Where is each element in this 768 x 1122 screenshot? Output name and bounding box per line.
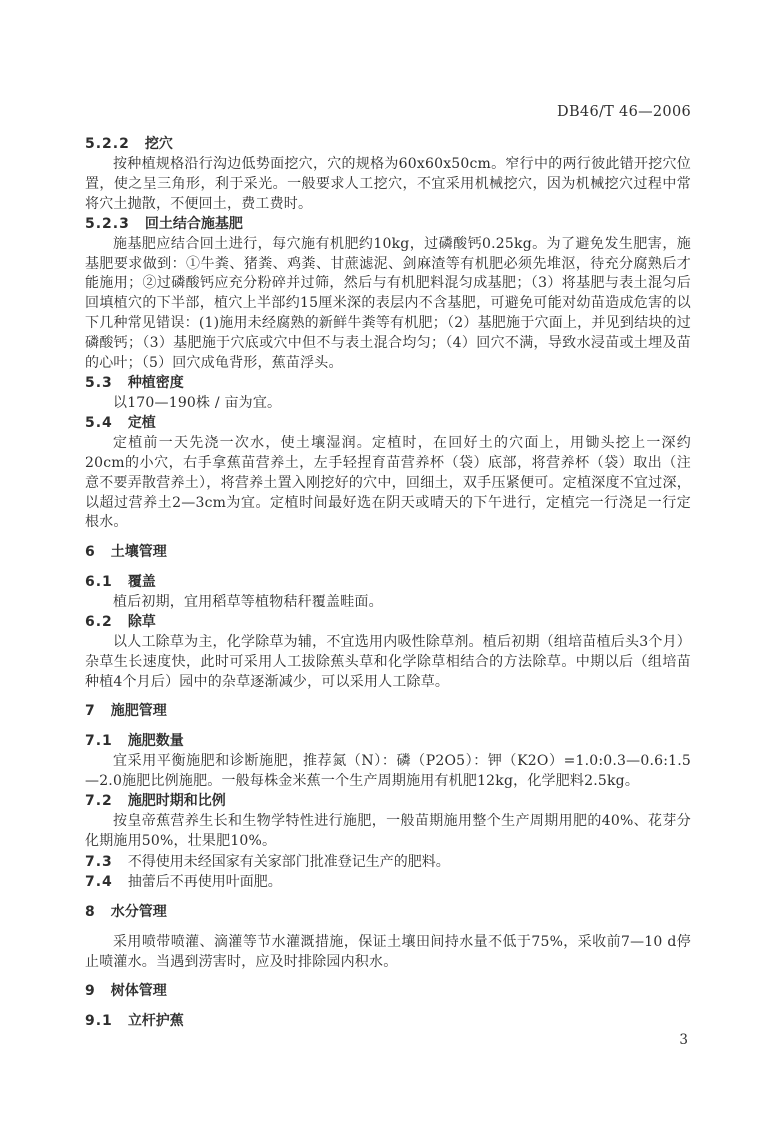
section-heading: 9.1立杆护蕉: [85, 1012, 691, 1032]
heading-number: 7.1: [85, 733, 113, 749]
heading-number: 9: [85, 983, 96, 999]
clause-number: 7.3: [85, 854, 113, 870]
heading-number: 5.3: [85, 375, 113, 391]
heading-number: 7: [85, 703, 96, 719]
document-sections: 5.2.2挖穴按种植规格沿行沟边低势面挖穴，穴的规格为60x60x50cm。窄行…: [85, 135, 691, 1031]
heading-number: 6.1: [85, 574, 113, 590]
heading-title: 施肥管理: [111, 703, 167, 719]
heading-number: 5.4: [85, 415, 113, 431]
paragraph: 以人工除草为主，化学除草为辅，不宜选用内吸性除草剂。植后初期（组培苗植后头3个月…: [85, 633, 691, 692]
clause-text: 不得使用未经国家有关家部门批准登记生产的肥料。: [128, 854, 450, 870]
document-page: DB46/T 46—2006 5.2.2挖穴按种植规格沿行沟边低势面挖穴，穴的规…: [0, 0, 768, 1122]
heading-title: 施肥时期和比例: [128, 793, 226, 809]
chapter-heading: 7施肥管理: [85, 702, 691, 722]
paragraph: 按种植规格沿行沟边低势面挖穴，穴的规格为60x60x50cm。窄行中的两行彼此错…: [85, 155, 691, 214]
section-heading: 6.1覆盖: [85, 573, 691, 593]
heading-title: 立杆护蕉: [128, 1013, 184, 1029]
standard-number-header: DB46/T 46—2006: [85, 103, 691, 121]
heading-number: 9.1: [85, 1013, 113, 1029]
heading-number: 5.2.3: [85, 216, 130, 232]
heading-number: 6.2: [85, 614, 113, 630]
chapter-heading: 9树体管理: [85, 982, 691, 1002]
heading-number: 7.2: [85, 793, 113, 809]
clause: 7.3不得使用未经国家有关家部门批准登记生产的肥料。: [85, 853, 691, 873]
clause-number: 7.4: [85, 874, 113, 890]
heading-title: 土壤管理: [111, 544, 167, 560]
heading-title: 施肥数量: [128, 733, 184, 749]
section-heading: 5.2.3回土结合施基肥: [85, 215, 691, 235]
section-heading: 5.2.2挖穴: [85, 135, 691, 155]
heading-title: 挖穴: [145, 136, 173, 152]
heading-title: 除草: [128, 614, 156, 630]
heading-title: 树体管理: [111, 983, 167, 999]
paragraph: 以170—190株 / 亩为宜。: [85, 394, 691, 414]
paragraph: 按皇帝蕉营养生长和生物学特性进行施肥，一般苗期施用整个生产周期用肥的40%、花芽…: [85, 812, 691, 852]
section-heading: 7.1施肥数量: [85, 732, 691, 752]
paragraph: 植后初期，宜用稻草等植物秸秆覆盖畦面。: [85, 593, 691, 613]
paragraph: 采用喷带喷灌、滴灌等节水灌溉措施，保证土壤田间持水量不低于75%，采收前7—10…: [85, 933, 691, 973]
chapter-heading: 8水分管理: [85, 903, 691, 923]
heading-title: 定植: [128, 415, 156, 431]
heading-title: 水分管理: [111, 904, 167, 920]
page-number: 3: [679, 1032, 688, 1048]
paragraph: 定植前一天先浇一次水，使土壤湿润。定植时，在回好土的穴面上，用锄头挖上一深约20…: [85, 434, 691, 533]
section-heading: 6.2除草: [85, 613, 691, 633]
clause-text: 抽蕾后不再使用叶面肥。: [128, 874, 282, 890]
heading-title: 回土结合施基肥: [145, 216, 243, 232]
heading-number: 5.2.2: [85, 136, 130, 152]
section-heading: 7.2施肥时期和比例: [85, 792, 691, 812]
heading-title: 种植密度: [128, 375, 184, 391]
chapter-heading: 6土壤管理: [85, 543, 691, 563]
section-heading: 5.4定植: [85, 414, 691, 434]
document-content: DB46/T 46—2006 5.2.2挖穴按种植规格沿行沟边低势面挖穴，穴的规…: [85, 103, 691, 1032]
heading-title: 覆盖: [128, 574, 156, 590]
clause: 7.4抽蕾后不再使用叶面肥。: [85, 873, 691, 893]
paragraph: 宜采用平衡施肥和诊断施肥，推荐氮（N）：磷（P2O5）：钾（K2O）=1.0:0…: [85, 752, 691, 792]
heading-number: 6: [85, 544, 96, 560]
paragraph: 施基肥应结合回土进行，每穴施有机肥约10kg，过磷酸钙0.25kg。为了避免发生…: [85, 235, 691, 374]
section-heading: 5.3种植密度: [85, 374, 691, 394]
heading-number: 8: [85, 904, 96, 920]
